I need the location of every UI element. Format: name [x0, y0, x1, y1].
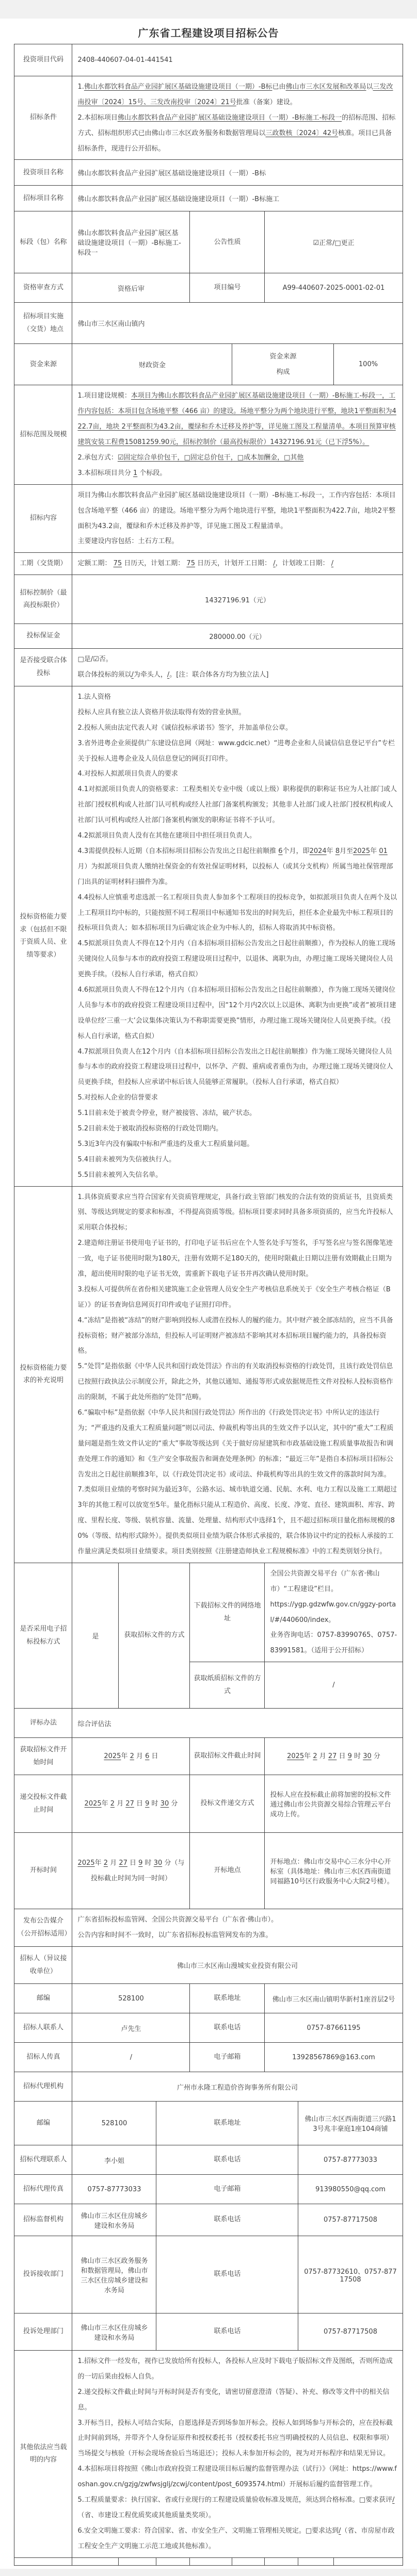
project-code-label: 投资项目代码: [14, 44, 72, 76]
opening-place-value: 开标地点：佛山市交易中心三水分中心开标室（具体地址：佛山市三水区西南街道同福路1…: [265, 1833, 403, 1909]
table-row: 递交投标文件截止时间 2025年 2 月 27 日 9 时 30 分 投标文件递…: [14, 1775, 403, 1833]
table-row: 招标项目名称 佛山水都饮料食品产业园扩展区基础设施建设项目（一期）-B标施工: [14, 186, 403, 211]
bid-conditions-value: 1.佛山水都饮料食品产业园扩展区基础设施建设项目（一期）-B标已由佛山市三水区发…: [72, 76, 403, 160]
section-name-value: 佛山水都饮料食品产业园扩展区基础设施建设项目（一期）-B标施工-标段一: [72, 211, 190, 273]
tenderer-contact-label: 招标人联系人: [14, 2013, 72, 2043]
media-label: 发布公告媒介（公开招标适用）: [14, 1909, 72, 1947]
ceiling-price-value: 14327196.91（元）: [72, 575, 403, 624]
tenderer-email-label: 电子邮箱: [190, 2043, 265, 2072]
complaint-handler-phone-value: 0757-87717508: [298, 2314, 403, 2351]
doc-start-time-value: 2025年 2 月 6 日: [72, 1738, 190, 1775]
table-row: 开标时间 2025年 2 月 27 日 9 时 30 分（与投标截止时间为同一时…: [14, 1833, 403, 1909]
tender-name-label: 招标项目名称: [14, 186, 72, 211]
tenderer-value: 佛山市三水区南山漫城实业投资有限公司: [72, 1947, 403, 1984]
submit-deadline-value: 2025年 2 月 27 日 9 时 30 分: [72, 1775, 190, 1833]
ceiling-price-label: 招标控制价（最高投标限价）: [14, 575, 72, 624]
table-row: 招标监督机构 佛山市三水区住房城乡建设和水务局 联系电话 0757-877175…: [14, 2204, 403, 2236]
empty-cell: [14, 2557, 72, 2565]
funding-composition-value: 100%: [334, 344, 403, 385]
table-row: 投标保证金 280000.00（元）: [14, 624, 403, 649]
evaluation-method-label: 评标办法: [14, 1709, 72, 1738]
table-row: 是否采用电子招标投标方式 是 获取招标文件的方式 下载招标文件的网络地址 全国公…: [14, 1563, 403, 1662]
table-row: 是否接受联合体投标 □是/☑否。联合体投标的须以/为牵头人，/。[注：联合体各方…: [14, 649, 403, 686]
funding-value: 财政资金: [72, 344, 232, 385]
agency-email-label: 电子邮箱: [156, 2175, 298, 2204]
table-row: 发布公告媒介（公开招标适用） 广东省招标投标监管网、全国公共资源交易平台（广东省…: [14, 1909, 403, 1947]
complaint-receiver-phone-value: 0757-87732610、0757-87717508: [298, 2236, 403, 2314]
tenderer-address-value: 佛山市三水区南山镇明华新村1座首层2号: [265, 1984, 403, 2013]
e-bidding-value: 是: [72, 1563, 119, 1708]
supervisor-value: 佛山市三水区住房城乡建设和水务局: [72, 2204, 156, 2236]
empty-cell: [298, 2557, 334, 2565]
agency-address-value: 佛山市三水区西南街道三兴路13号兆丰豪庭1座104商铺: [298, 2102, 403, 2145]
complaint-receiver-value: 佛山市三水区政务服务和数据管理局，佛山市三水区住房城乡建设和水务局: [72, 2236, 156, 2314]
agency-address-label: 联系地址: [156, 2102, 298, 2145]
tenderer-contact-value: 卢先生: [72, 2013, 190, 2043]
notice-nature-label: 公告性质: [190, 211, 265, 273]
content-value: 项目为佛山水都饮料食品产业园扩展区基础设施建设项目（一期）-B标施工-标段一，工…: [72, 484, 403, 553]
evaluation-method-value: 综合评估法: [72, 1709, 403, 1738]
table-row: 招标控制价（最高投标限价） 14327196.91（元）: [14, 575, 403, 624]
table-footer-row: [14, 2557, 403, 2565]
qual-supplement-label: 投标资格能力要求的补充说明: [14, 1186, 72, 1563]
doc-deadline-label: 获取招标文件截止时间: [190, 1738, 265, 1775]
complaint-handler-value: 佛山市三水区住房城乡建设和水务局: [72, 2314, 156, 2351]
tenderer-phone-value: 0757-87661195: [265, 2013, 403, 2043]
e-bidding-label: 是否采用电子招标投标方式: [14, 1563, 72, 1708]
agency-phone-label: 联系电话: [156, 2145, 298, 2175]
submit-method-label: 投标文件递交方式: [190, 1775, 265, 1833]
agency-postcode-label: 邮编: [14, 2102, 72, 2145]
deposit-label: 投标保证金: [14, 624, 72, 649]
tender-announcement-table: 投资项目代码 2408-440607-04-01-441541 招标条件 1.佛…: [14, 44, 403, 2566]
scope-label: 招标范围及规模: [14, 385, 72, 484]
complaint-handler-phone-label: 联系电话: [156, 2314, 298, 2351]
opening-place-label: 开标地点: [190, 1833, 265, 1909]
table-row: 招标内容 项目为佛山水都饮料食品产业园扩展区基础设施建设项目（一期）-B标施工-…: [14, 484, 403, 553]
complaint-receiver-label: 投诉接收部门: [14, 2236, 72, 2314]
page-bottom-strip: [0, 2569, 417, 2576]
complaint-receiver-phone-label: 联系电话: [156, 2236, 298, 2314]
content-label: 招标内容: [14, 484, 72, 553]
empty-cell: [232, 2557, 265, 2565]
table-row: 获取招标文件开始时间 2025年 2 月 6 日 获取招标文件截止时间 2025…: [14, 1738, 403, 1775]
agency-value: 广州市永隆工程造价咨询事务所有限公司: [72, 2072, 403, 2102]
empty-cell: [334, 2557, 403, 2565]
section-name-label: 标段（包）名称: [14, 211, 72, 273]
agency-contact-value: 李小姐: [72, 2145, 156, 2175]
empty-cell: [119, 2557, 156, 2565]
table-row: 工期（交货期） 定额工期： 75 日历天，计划工期： 75 日历天，计划开工日期…: [14, 553, 403, 575]
doc-start-time-label: 获取招标文件开始时间: [14, 1738, 72, 1775]
invest-name-label: 投资项目名称: [14, 160, 72, 186]
submit-deadline-label: 递交投标文件截止时间: [14, 1775, 72, 1833]
agency-postcode-value: 528100: [72, 2102, 156, 2145]
location-label: 招标项目实施（交货）地点: [14, 303, 72, 344]
empty-cell: [72, 2557, 119, 2565]
tenderer-fax-value: /: [72, 2043, 190, 2072]
duration-label: 工期（交货期）: [14, 553, 72, 575]
tenderer-fax-label: 招标人传真: [14, 2043, 72, 2072]
prequal-label: 资格审查方式: [14, 273, 72, 303]
table-row: 投标资格能力要求（包括但不限于资质人员、业绩等要求） 1.法人资格投标人应具有独…: [14, 686, 403, 1187]
table-row: 投资项目名称 佛山水都饮料食品产业园扩展区基础设施建设项目（一期）-B标: [14, 160, 403, 186]
project-number-label: 项目编号: [190, 273, 265, 303]
page-title: 广东省工程建设项目招标公告: [0, 25, 417, 40]
table-row: 招标代理机构 广州市永隆工程造价咨询事务所有限公司: [14, 2072, 403, 2102]
supervisor-label: 招标监督机构: [14, 2204, 72, 2236]
download-url-label: 下载招标文件的网络地址: [190, 1563, 265, 1662]
qualification-value: 1.法人资格投标人应具有独立法人资格并依法取得有效的营业执照。2.投标人须由法定…: [72, 686, 403, 1187]
table-row: 招标项目实施（交货）地点 佛山市三水区南山镇内: [14, 303, 403, 344]
scope-value: 1.项目建设规模：本项目为佛山水都饮料食品产业园扩展区基础设施建设项目（一期）-…: [72, 385, 403, 484]
table-row: 招标条件 1.佛山水都饮料食品产业园扩展区基础设施建设项目（一期）-B标已由佛山…: [14, 76, 403, 160]
opening-time-value: 2025年 2 月 27 日 9 时 30 分（与投标截止时间为同一时间）: [72, 1833, 190, 1909]
table-row: 招标代理传真 0757-87773033 电子邮箱 913980550@qq.c…: [14, 2175, 403, 2204]
table-row: 标段（包）名称 佛山水都饮料食品产业园扩展区基础设施建设项目（一期）-B标施工-…: [14, 211, 403, 273]
tenderer-postcode-value: 528100: [72, 1984, 190, 2013]
qualification-label: 投标资格能力要求（包括但不限于资质人员、业绩等要求）: [14, 686, 72, 1187]
table-row: 投诉接收部门 佛山市三水区政务服务和数据管理局，佛山市三水区住房城乡建设和水务局…: [14, 2236, 403, 2314]
table-row: 招标人（异议接收单位） 佛山市三水区南山漫城实业投资有限公司: [14, 1947, 403, 1984]
empty-cell: [190, 2557, 232, 2565]
table-row: 邮编 528100 联系地址 佛山市三水区南山镇明华新村1座首层2号: [14, 1984, 403, 2013]
empty-cell: [265, 2557, 298, 2565]
agency-label: 招标代理机构: [14, 2072, 72, 2102]
table-row: 邮编 528100 联系地址 佛山市三水区西南街道三兴路13号兆丰豪庭1座104…: [14, 2102, 403, 2145]
paper-doc-method-value: /: [265, 1662, 403, 1709]
media-value: 广东省招标投标监管网、全国公共资源交易平台（广东省·佛山市）。公告内容和时间不一…: [72, 1909, 403, 1947]
other-content-label: 其他依法应当载明的内容: [14, 2351, 72, 2558]
table-row: 招标代理联系人 李小姐 联系电话 0757-87773033: [14, 2145, 403, 2175]
table-row: 投标资格能力要求的补充说明 1.具体资质要求应当符合国家有关资质管理规定，具备行…: [14, 1186, 403, 1563]
agency-fax-label: 招标代理传真: [14, 2175, 72, 2204]
tenderer-phone-label: 联系电话: [190, 2013, 265, 2043]
table-row: 投资项目代码 2408-440607-04-01-441541: [14, 44, 403, 76]
submit-method-value: 投标人应在投标截止前将加密的投标文件通过佛山市公共资源交易综合管理云平台成功上传…: [265, 1775, 403, 1833]
agency-fax-value: 0757-87773033: [72, 2175, 156, 2204]
table-row: 评标办法 综合评估法: [14, 1709, 403, 1738]
duration-value: 定额工期： 75 日历天，计划工期： 75 日历天，计划开工日期： /，计划竣工…: [72, 553, 403, 575]
agency-contact-label: 招标代理联系人: [14, 2145, 72, 2175]
table-row: 其他依法应当载明的内容 1.招标文件一经发布，视作已发放给所有投标人，各投标人应…: [14, 2351, 403, 2558]
deposit-value: 280000.00（元）: [72, 624, 403, 649]
download-url-value: 全国公共资源交易平台（广东省·佛山市）“工程建设”栏目。https://ygp.…: [265, 1563, 403, 1662]
qual-supplement-value: 1.具体资质要求应当符合国家有关资质管理规定，具备行政主管部门核发的合法有效的资…: [72, 1186, 403, 1563]
empty-cell: [156, 2557, 190, 2565]
notice-nature-value: ☑正常/□更正: [265, 211, 403, 273]
complaint-handler-label: 投诉处理部门: [14, 2314, 72, 2351]
tenderer-email-value: 13928567869@163.com: [265, 2043, 403, 2072]
location-value: 佛山市三水区南山镇内: [72, 303, 403, 344]
table-row: 招标人传真 / 电子邮箱 13928567869@163.com: [14, 2043, 403, 2072]
table-row: 招标人联系人 卢先生 联系电话 0757-87661195: [14, 2013, 403, 2043]
bid-conditions-label: 招标条件: [14, 76, 72, 160]
invest-name-value: 佛山水都饮料食品产业园扩展区基础设施建设项目（一期）-B标: [72, 160, 403, 186]
other-content-value: 1.招标文件一经发布，视作已发放给所有投标人，各投标人应及时下载电子版招标文件及…: [72, 2351, 403, 2558]
tenderer-label: 招标人（异议接收单位）: [14, 1947, 72, 1984]
table-row: 投诉处理部门 佛山市三水区住房城乡建设和水务局 联系电话 0757-877175…: [14, 2314, 403, 2351]
project-number-value: A99-440607-2025-0001-02-01: [265, 273, 403, 303]
opening-time-label: 开标时间: [14, 1833, 72, 1909]
tenderer-address-label: 联系地址: [190, 1984, 265, 2013]
tenderer-postcode-label: 邮编: [14, 1984, 72, 2013]
table-row: 招标范围及规模 1.项目建设规模：本项目为佛山水都饮料食品产业园扩展区基础设施建…: [14, 385, 403, 484]
funding-label: 资金来源: [14, 344, 72, 385]
browser-top-strip: [0, 0, 417, 19]
consortium-label: 是否接受联合体投标: [14, 649, 72, 686]
paper-doc-method-label: 获取纸质招标文件的方式: [190, 1662, 265, 1709]
supervisor-phone-label: 联系电话: [156, 2204, 298, 2236]
consortium-value: □是/☑否。联合体投标的须以/为牵头人，/。[注：联合体各方均为独立法人]: [72, 649, 403, 686]
funding-composition-label: 资金来源构成: [232, 344, 334, 385]
prequal-value: 资格后审: [72, 273, 190, 303]
agency-email-value: 913980550@qq.com: [298, 2175, 403, 2204]
tender-name-value: 佛山水都饮料食品产业园扩展区基础设施建设项目（一期）-B标施工: [72, 186, 403, 211]
agency-phone-value: 0757-87773033: [298, 2145, 403, 2175]
doc-obtain-method-label: 获取招标文件的方式: [119, 1563, 190, 1708]
doc-deadline-value: 2025年 2 月 27 日 9 时 30 分: [265, 1738, 403, 1775]
table-row: 资金来源 财政资金 资金来源构成 100%: [14, 344, 403, 385]
project-code-value: 2408-440607-04-01-441541: [72, 44, 403, 76]
table-row: 资格审查方式 资格后审 项目编号 A99-440607-2025-0001-02…: [14, 273, 403, 303]
supervisor-phone-value: 0757-87717508: [298, 2204, 403, 2236]
